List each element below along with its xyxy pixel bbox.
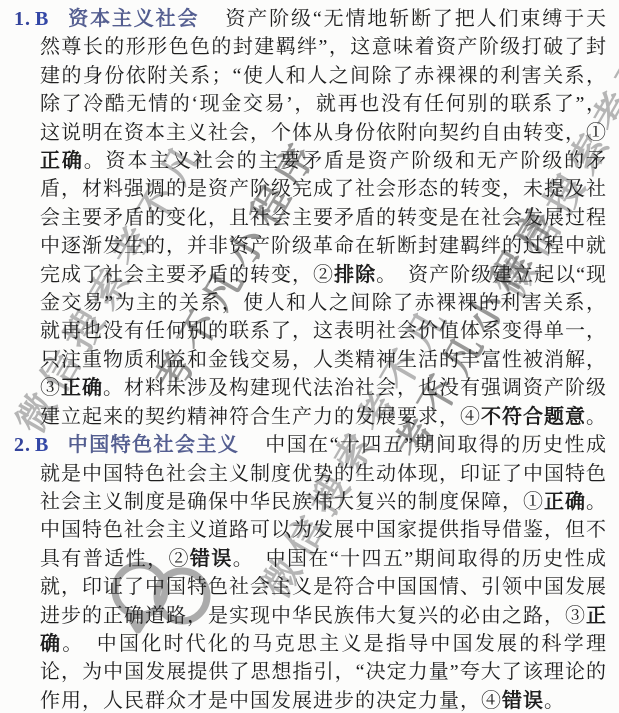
topic-label: 中国特色社会主义	[67, 434, 239, 456]
question-number: 1.	[14, 8, 31, 30]
answer-letter: B	[35, 434, 49, 456]
explanation-text: 中国在“十四五”期间取得的历史性成就是中国特色社会主义制度优势的生动体现，印证了…	[40, 434, 607, 712]
answer-item-1: 1.B资本主义社会资产阶级“无情地斩断了把人们束缚于天然尊长的形形色色的封建羁绊…	[14, 5, 607, 431]
answer-item-2: 2.B中国特色社会主义中国在“十四五”期间取得的历史性成就是中国特色社会主义制度…	[14, 431, 607, 713]
answer-content: 1.B资本主义社会资产阶级“无情地斩断了把人们束缚于天然尊长的形形色色的封建羁绊…	[14, 5, 607, 713]
answer-sheet-page: 微信搜索考不凡 考不凡小程序 微信搜索考不凡 考不凡小程序 微信搜索考不凡 1.…	[0, 0, 619, 713]
topic-label: 资本主义社会	[67, 8, 199, 30]
question-number: 2.	[14, 434, 31, 456]
answer-letter: B	[35, 8, 49, 30]
explanation-text: 资产阶级“无情地斩断了把人们束缚于天然尊长的形形色色的封建羁绊”，这意味着资产阶…	[40, 8, 607, 428]
